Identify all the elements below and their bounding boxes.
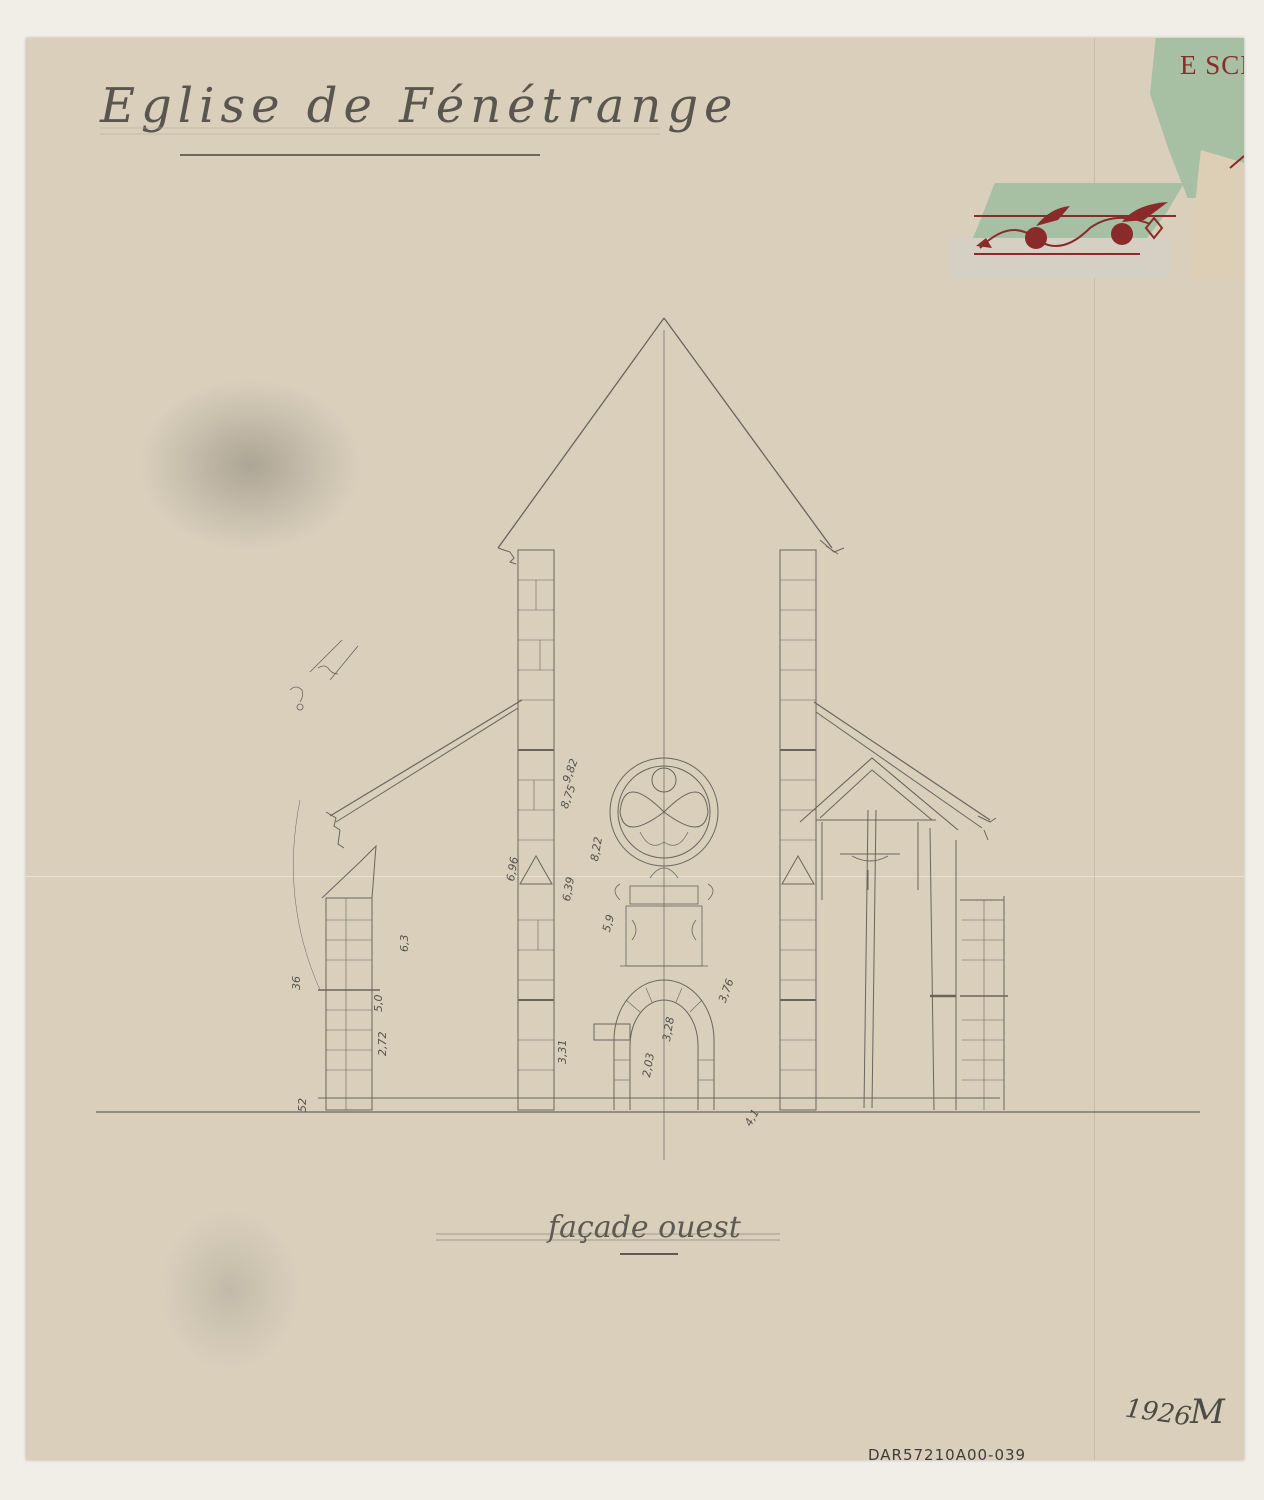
dimension-label: 36 bbox=[290, 976, 303, 990]
author-initials: M bbox=[1190, 1392, 1225, 1432]
caption-underline bbox=[620, 1253, 678, 1255]
right-buttress bbox=[780, 550, 816, 1110]
cornice-detail-sketch bbox=[290, 640, 358, 710]
dimension-label: 2,72 bbox=[376, 1032, 389, 1057]
dimension-label: 5,0 bbox=[372, 995, 385, 1013]
drawing-caption: façade ouest bbox=[548, 1210, 741, 1245]
archive-reference-id: DAR57210A00-039 bbox=[868, 1446, 1026, 1464]
portal-arch bbox=[594, 980, 714, 1110]
dimension-label: 6,3 bbox=[398, 935, 411, 953]
right-aisle-wall bbox=[930, 828, 1008, 1110]
main-gable bbox=[498, 318, 844, 564]
dimension-label: 52 bbox=[296, 1098, 309, 1112]
dimension-label: 3,31 bbox=[556, 1040, 569, 1065]
left-aisle-wall bbox=[318, 846, 380, 1110]
crucifix bbox=[840, 810, 900, 1108]
right-aisle-roof bbox=[814, 702, 996, 840]
church-elevation-drawing bbox=[0, 0, 1264, 1500]
calvary-canopy bbox=[800, 758, 958, 900]
left-buttress bbox=[518, 550, 554, 1110]
